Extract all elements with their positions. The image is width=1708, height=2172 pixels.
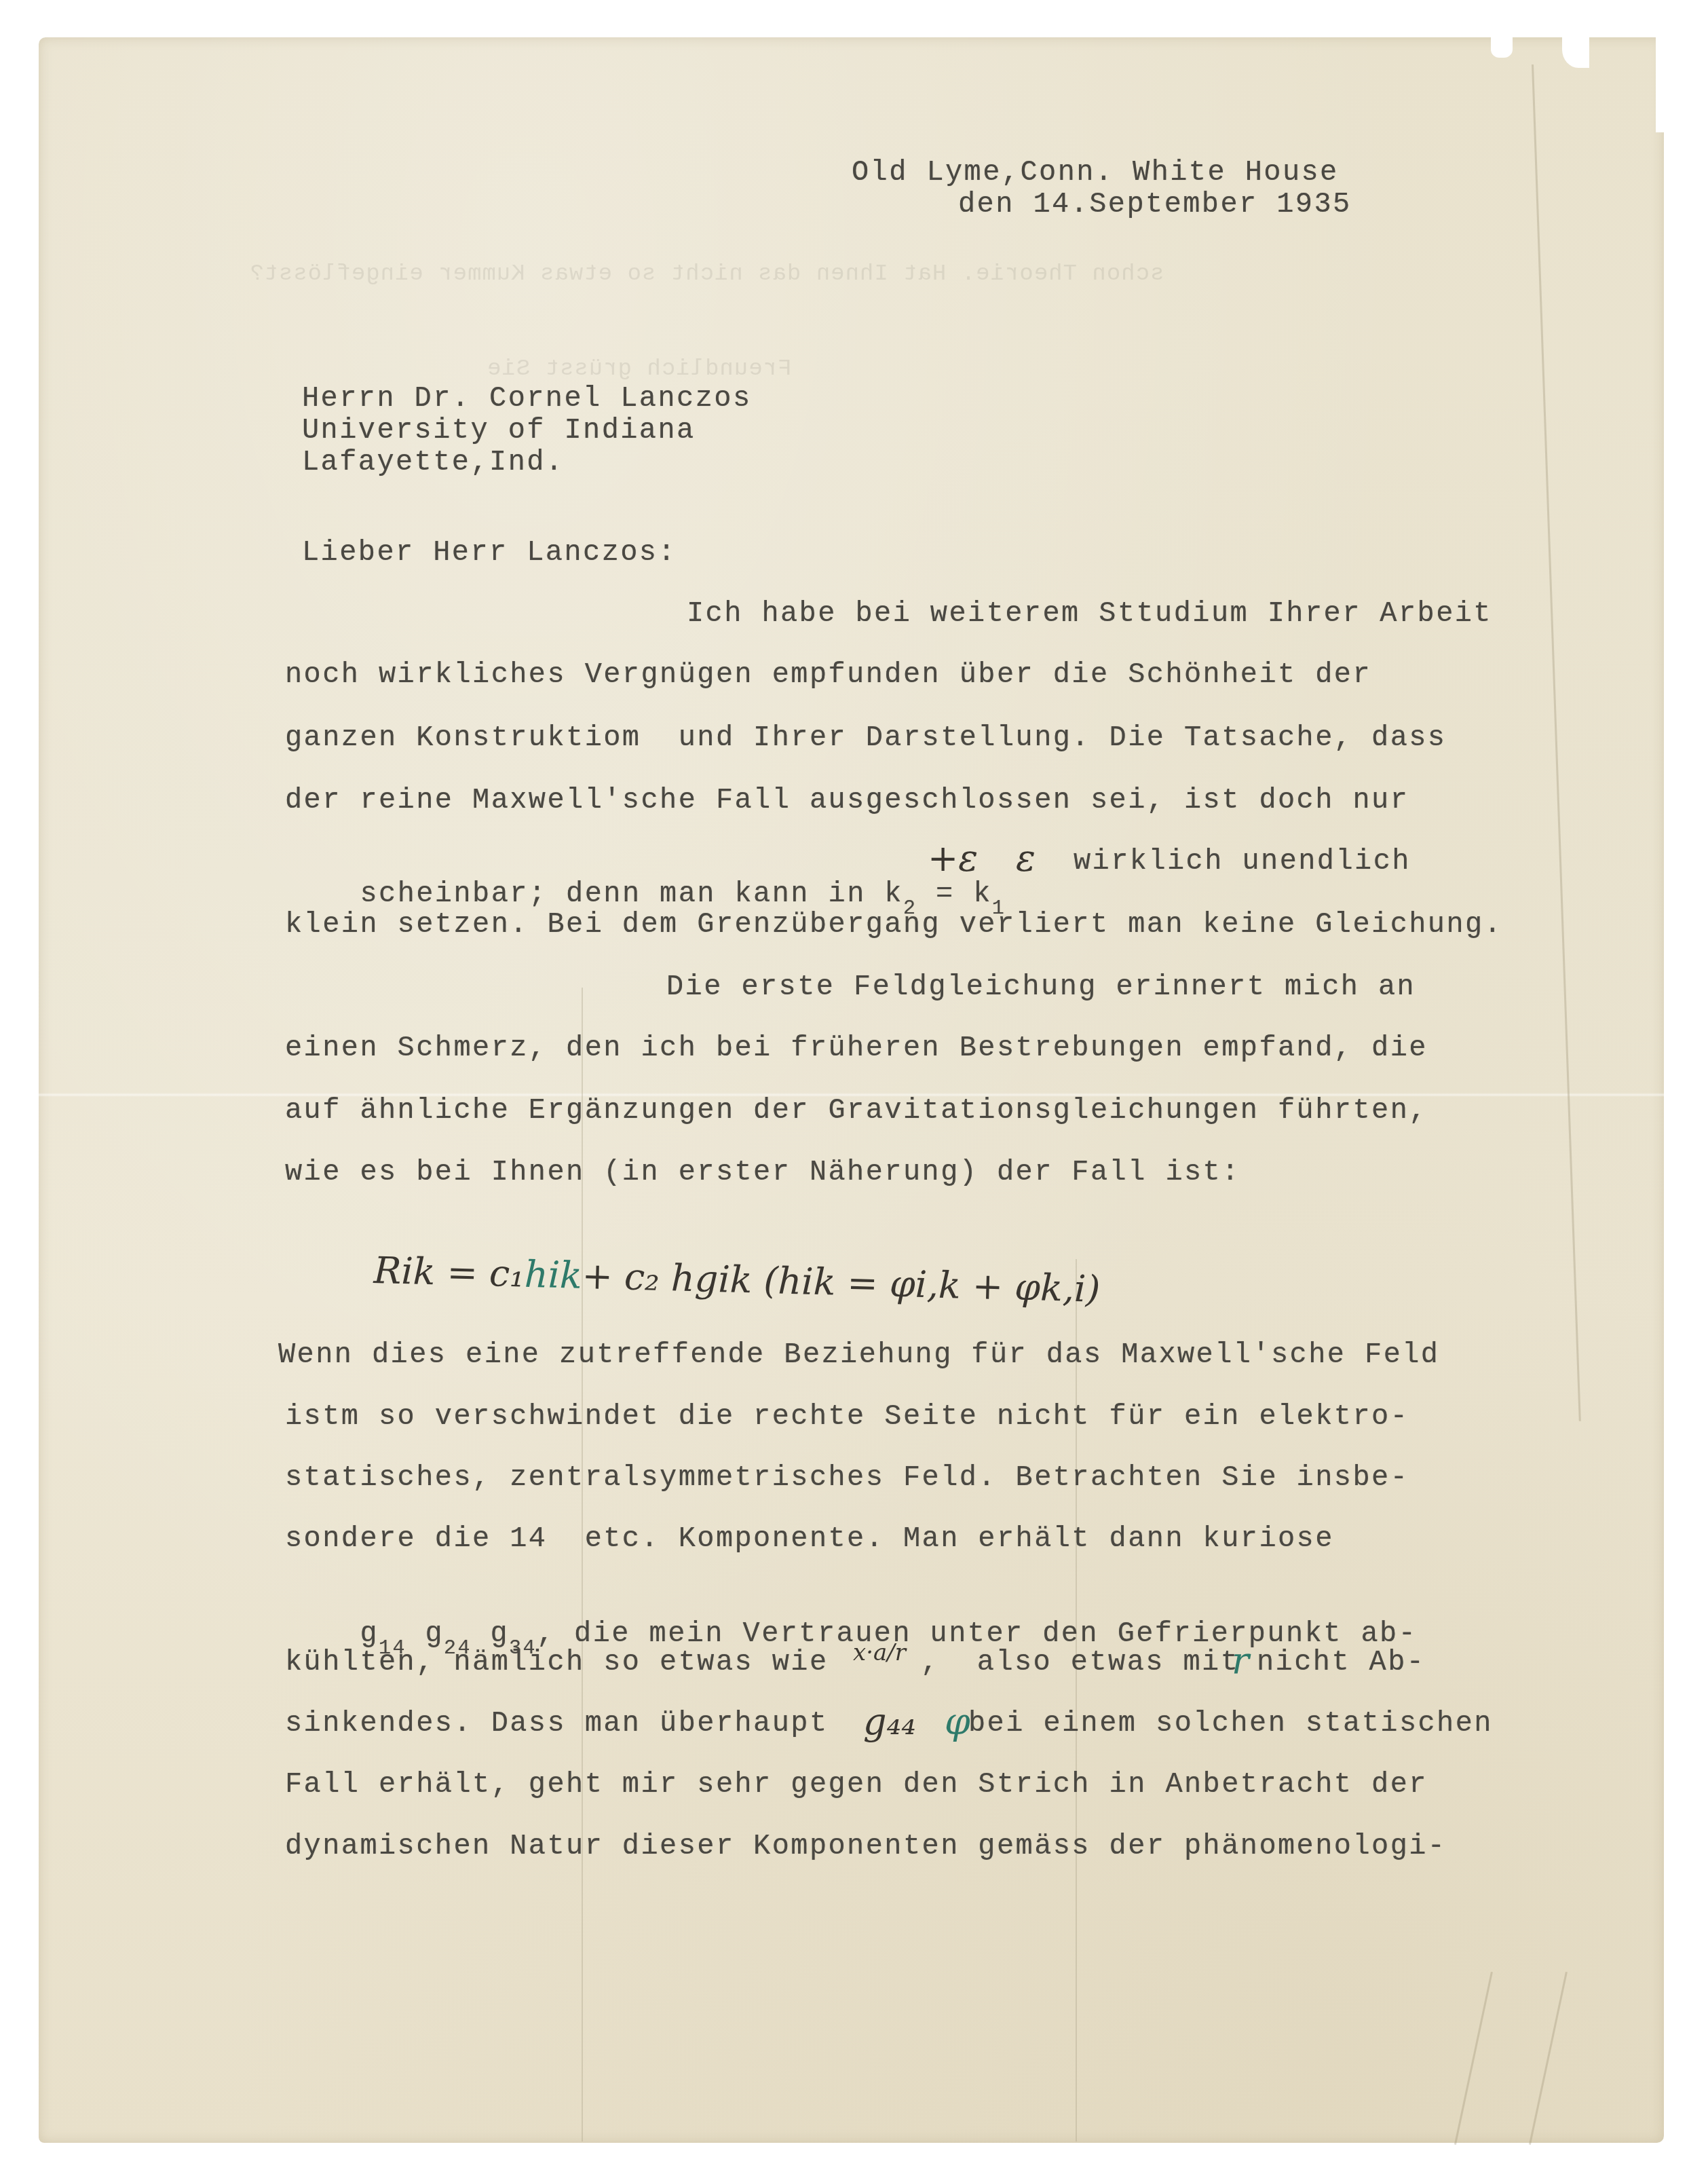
body-line: auf ähnliche Ergänzungen der Gravitation… xyxy=(285,1094,1428,1127)
body-line: ganzen Konstruktiom und Ihrer Darstellun… xyxy=(285,722,1446,754)
torn-corner-notch xyxy=(1562,37,1589,68)
body-line: sondere die 14 etc. Komponente. Man erhä… xyxy=(285,1522,1334,1555)
body-line: Fall erhält, geht mir sehr gegen den Str… xyxy=(285,1768,1428,1801)
bleed-through-text: schon Theorie. Hat Ihnen das nicht so et… xyxy=(249,261,1164,287)
letterhead-date: den 14.September 1935 xyxy=(958,188,1352,221)
handwritten-plus-epsilon: +ε xyxy=(928,837,978,880)
body-line: Wenn dies eine zutreffende Beziehung für… xyxy=(278,1338,1439,1371)
body-line: Ich habe bei weiterem Sttudium Ihrer Arb… xyxy=(687,597,1492,630)
body-line: nicht Ab- xyxy=(1257,1646,1425,1679)
equation-part: + c₂ hgik (hik = φi,k + φk,i) xyxy=(582,1254,1101,1311)
handwritten-r-green: r xyxy=(1232,1639,1249,1682)
handwritten-epsilon: ε xyxy=(1016,837,1036,880)
body-line: wie es bei Ihnen (in erster Näherung) de… xyxy=(285,1156,1240,1188)
handwritten-fraction: x·a/r xyxy=(853,1639,906,1666)
bleed-through-text: Freundlich grüsst Sie xyxy=(487,356,791,382)
letter-page: schon Theorie. Hat Ihnen das nicht so et… xyxy=(39,37,1664,2143)
formula-text-before: scheinbar; denn man kann in k xyxy=(360,878,903,910)
handwritten-phi-green: φ xyxy=(945,1700,970,1743)
recipient-institution: University of Indiana xyxy=(302,414,696,447)
body-line-formula-after: wirklich unendlich xyxy=(1074,845,1411,878)
body-line: kühlten, nämlich so etwas wie xyxy=(285,1646,829,1679)
body-line: klein setzen. Bei dem Grenzübergang verl… xyxy=(285,908,1502,941)
body-line: noch wirkliches Vergnügen empfunden über… xyxy=(285,658,1371,691)
body-line: einen Schmerz, den ich bei früheren Best… xyxy=(285,1032,1428,1064)
body-line: bei einem solchen statischen xyxy=(968,1707,1493,1740)
torn-corner-notch xyxy=(1491,37,1513,58)
recipient-name: Herrn Dr. Cornel Lanczos xyxy=(302,382,752,415)
handwritten-g44: g₄₄ xyxy=(863,1700,916,1743)
body-line: der reine Maxwell'sche Fall ausgeschloss… xyxy=(285,784,1409,817)
body-line: dynamischen Natur dieser Komponenten gem… xyxy=(285,1830,1446,1862)
torn-corner xyxy=(1656,37,1664,132)
g14: g xyxy=(360,1617,379,1650)
equation-part-green: hik xyxy=(524,1253,582,1297)
body-line: sinkendes. Dass man überhaupt xyxy=(285,1707,829,1740)
body-line: Die erste Feldgleichung erinnert mich an xyxy=(666,971,1416,1003)
salutation: Lieber Herr Lanczos: xyxy=(302,536,677,569)
body-line: statisches, zentralsymmetrisches Feld. B… xyxy=(285,1461,1409,1494)
body-line: istm so verschwindet die rechte Seite ni… xyxy=(285,1400,1409,1433)
formula-eq: = k xyxy=(917,878,991,910)
corner-crease xyxy=(1529,1972,1568,2145)
equation-part: Rik = c₁ xyxy=(373,1249,525,1296)
body-line: , also etwas mit xyxy=(921,1646,1239,1679)
recipient-city: Lafayette,Ind. xyxy=(302,446,564,479)
g24: g xyxy=(425,1617,444,1650)
g-line-rest: , die mein Vertrauen unter den Gefrierpu… xyxy=(537,1617,1417,1650)
handwritten-equation: Rik = c₁hik+ c₂ hgik (hik = φi,k + φk,i) xyxy=(326,1205,1102,1353)
g34: g xyxy=(490,1617,509,1650)
corner-crease xyxy=(1532,64,1581,1421)
vertical-fold xyxy=(1076,1259,1077,2141)
letterhead-place: Old Lyme,Conn. White House xyxy=(852,156,1339,189)
corner-crease xyxy=(1454,1972,1493,2145)
